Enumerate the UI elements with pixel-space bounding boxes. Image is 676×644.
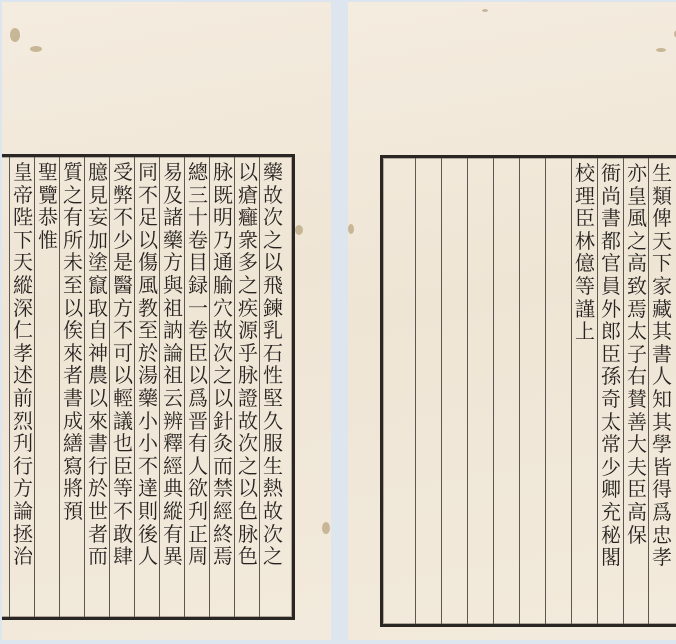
- text-column: 易及諸藥方與祖訥論祖云辨釋經典縱有異: [159, 157, 184, 617]
- text-column: 聖覽恭惟: [34, 157, 59, 617]
- left-text-frame: 藥故次之以飛鍊乳石性堅久服生熱故次之 以瘡癰衆多之疾源乎脉證故次之以色脉色 脉既…: [2, 154, 295, 620]
- stain-mark: [295, 225, 303, 235]
- text-column: 生類俾天下家藏其書人知其學皆得爲忠孝: [648, 158, 673, 624]
- stain-mark: [348, 224, 354, 234]
- stain-mark: [482, 9, 488, 12]
- text-column: 同不足以傷風教至於湯藥小小不達則後人: [134, 157, 159, 617]
- column-text: 以瘡癰衆多之疾源乎脉證故次之以色脉色: [236, 161, 260, 568]
- column-text: 脉既明乃通腧穴故次之以針灸而禁經終焉: [211, 161, 235, 568]
- text-column: 總三十卷目録一卷臣以爲晋有人欲刋正周: [184, 157, 209, 617]
- text-column: 亦 皇風之高致焉太子右賛善大夫臣高保: [623, 158, 648, 624]
- right-page: 生類俾天下家藏其書人知其學皆得爲忠孝 亦 皇風之高致焉太子右賛善大夫臣高保 衙尚…: [348, 2, 676, 640]
- text-column: 藥故次之以飛鍊乳石性堅久服生熱故次之: [259, 157, 284, 617]
- column-text: 總三十卷目録一卷臣以爲晋有人欲刋正周: [186, 161, 210, 568]
- left-page: 藥故次之以飛鍊乳石性堅久服生熱故次之 以瘡癰衆多之疾源乎脉證故次之以色脉色 脉既…: [2, 2, 331, 640]
- text-column: 皇帝陛下天縱深仁孝述前烈刋行方論拯治: [9, 157, 34, 617]
- column-text: 臆見妄加塗竄取自神農以來書行於世者而: [86, 161, 110, 568]
- text-column: 以瘡癰衆多之疾源乎脉證故次之以色脉色: [234, 157, 259, 617]
- text-column: 校理臣林億等謹上: [571, 158, 596, 624]
- empty-ruled-column: [441, 158, 466, 624]
- column-text: 衙尚書都官員外郎臣孫奇太常少卿充秘閣: [599, 162, 623, 569]
- text-column: 脉既明乃通腧穴故次之以針灸而禁經終焉: [209, 157, 234, 617]
- empty-ruled-column: [415, 158, 440, 624]
- column-text: 聖覽恭惟: [36, 161, 60, 251]
- stain-mark: [10, 28, 20, 42]
- text-column: 衙尚書都官員外郎臣孫奇太常少卿充秘閣: [597, 158, 622, 624]
- stain-mark: [656, 48, 666, 52]
- column-text: 質之有所未至以俟來者書成繕寫將預: [61, 161, 85, 523]
- column-text: 藥故次之以飛鍊乳石性堅久服生熱故次之: [261, 161, 285, 568]
- empty-ruled-column: [467, 158, 492, 624]
- empty-ruled-column: [519, 158, 544, 624]
- empty-ruled-column: [545, 158, 570, 624]
- text-column: 臆見妄加塗竄取自神農以來書行於世者而: [84, 157, 109, 617]
- empty-ruled-column: [493, 158, 518, 624]
- column-text: 易及諸藥方與祖訥論祖云辨釋經典縱有異: [161, 161, 185, 568]
- column-text: 皇帝陛下天縱深仁孝述前烈刋行方論拯治: [11, 161, 35, 568]
- column-text: 生類俾天下家藏其書人知其學皆得爲忠孝: [650, 162, 674, 569]
- text-column: 質之有所未至以俟來者書成繕寫將預: [59, 157, 84, 617]
- column-text: 校理臣林億等謹上: [573, 162, 597, 343]
- stain-mark: [30, 46, 42, 52]
- column-text: 亦 皇風之高致焉太子右賛善大夫臣高保: [625, 162, 649, 546]
- text-column: 受弊不少是醫方不可以輕議也臣等不敢肆: [109, 157, 134, 617]
- column-text: 同不足以傷風教至於湯藥小小不達則後人: [136, 161, 160, 568]
- right-text-frame: 生類俾天下家藏其書人知其學皆得爲忠孝 亦 皇風之高致焉太子右賛善大夫臣高保 衙尚…: [380, 155, 676, 627]
- column-text: 受弊不少是醫方不可以輕議也臣等不敢肆: [111, 161, 135, 568]
- stain-mark: [322, 522, 330, 534]
